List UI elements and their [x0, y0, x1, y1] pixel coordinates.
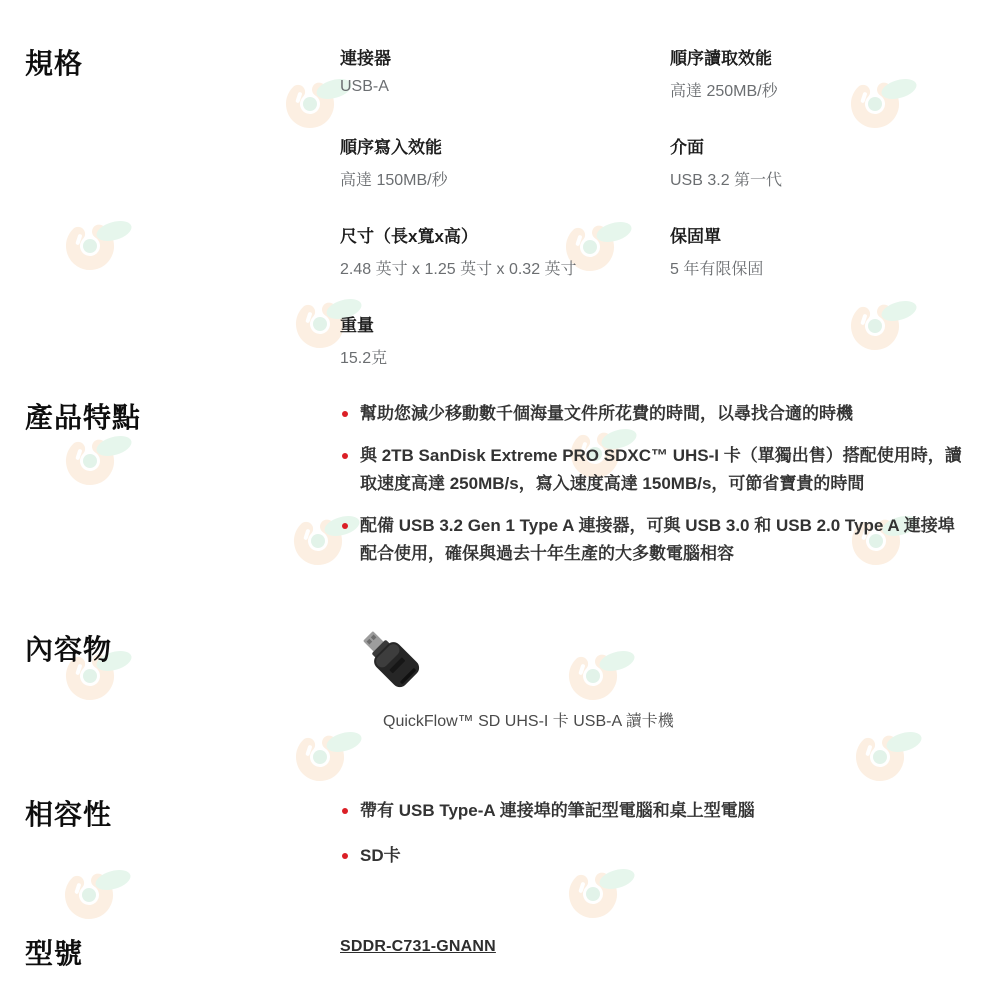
bullet-dot-icon: [342, 411, 348, 417]
bullet-dot-icon: [342, 853, 348, 859]
sd-card-reader-image: [352, 620, 432, 700]
spec-item-interface: 介面 USB 3.2 第一代: [670, 133, 980, 190]
spec-label: 保固單: [670, 222, 980, 247]
model-number-link[interactable]: SDDR-C731-GNANN: [340, 938, 496, 956]
spec-value: 高達 150MB/秒: [340, 167, 670, 190]
section-heading-contents: 內容物: [25, 628, 112, 668]
bullet-dot-icon: [342, 808, 348, 814]
spec-value: 2.48 英寸 x 1.25 英寸 x 0.32 英寸: [340, 256, 670, 279]
spec-label: 順序寫入效能: [340, 133, 670, 158]
box-contents: QuickFlow™ SD UHS-I 卡 USB-A 讀卡機: [340, 620, 740, 731]
feature-item: 配備 USB 3.2 Gen 1 Type A 連接器，可與 USB 3.0 和…: [340, 512, 968, 568]
spec-label: 順序讀取效能: [670, 44, 980, 69]
spec-label: 介面: [670, 133, 980, 158]
spec-item-weight: 重量 15.2克: [340, 311, 670, 368]
bullet-dot-icon: [342, 523, 348, 529]
watermark-logo: [848, 721, 932, 785]
spec-grid: 連接器 USB-A 順序讀取效能 高達 250MB/秒 順序寫入效能 高達 15…: [340, 44, 980, 400]
spec-item-dimensions: 尺寸（長x寬x高） 2.48 英寸 x 1.25 英寸 x 0.32 英寸: [340, 222, 670, 279]
features-list: 幫助您減少移動數千個海量文件所花費的時間，以尋找合適的時機 與 2TB SanD…: [340, 400, 968, 582]
spec-item-write-performance: 順序寫入效能 高達 150MB/秒: [340, 133, 670, 190]
spec-value: 15.2克: [340, 345, 670, 368]
spec-value: 5 年有限保固: [670, 256, 980, 279]
watermark-logo: [57, 859, 141, 923]
compatibility-item: 帶有 USB Type-A 連接埠的筆記型電腦和桌上型電腦: [340, 797, 968, 825]
section-heading-model: 型號: [25, 932, 83, 972]
section-heading-features: 產品特點: [25, 396, 141, 436]
spec-label: 連接器: [340, 44, 670, 69]
watermark-logo: [58, 210, 142, 274]
feature-text: 幫助您減少移動數千個海量文件所花費的時間，以尋找合適的時機: [360, 404, 853, 423]
spec-label: 尺寸（長x寬x高）: [340, 222, 670, 247]
compatibility-list: 帶有 USB Type-A 連接埠的筆記型電腦和桌上型電腦 SD卡: [340, 797, 968, 887]
spec-item-read-performance: 順序讀取效能 高達 250MB/秒: [670, 44, 980, 101]
spec-value: USB-A: [340, 78, 670, 96]
compatibility-text: SD卡: [360, 846, 401, 865]
spec-item-connector: 連接器 USB-A: [340, 44, 670, 101]
compatibility-item: SD卡: [340, 842, 968, 870]
section-heading-specs: 規格: [25, 42, 83, 82]
feature-item: 與 2TB SanDisk Extreme PRO SDXC™ UHS-I 卡（…: [340, 442, 968, 498]
bullet-dot-icon: [342, 453, 348, 459]
spec-value: USB 3.2 第一代: [670, 167, 980, 190]
spec-item-warranty: 保固單 5 年有限保固: [670, 222, 980, 279]
product-caption: QuickFlow™ SD UHS-I 卡 USB-A 讀卡機: [383, 708, 740, 731]
feature-text: 與 2TB SanDisk Extreme PRO SDXC™ UHS-I 卡（…: [360, 446, 962, 493]
section-heading-compatibility: 相容性: [25, 793, 112, 833]
feature-item: 幫助您減少移動數千個海量文件所花費的時間，以尋找合適的時機: [340, 400, 968, 428]
compatibility-text: 帶有 USB Type-A 連接埠的筆記型電腦和桌上型電腦: [360, 801, 755, 820]
spec-label: 重量: [340, 311, 670, 336]
feature-text: 配備 USB 3.2 Gen 1 Type A 連接器，可與 USB 3.0 和…: [360, 516, 955, 563]
spec-value: 高達 250MB/秒: [670, 78, 980, 101]
